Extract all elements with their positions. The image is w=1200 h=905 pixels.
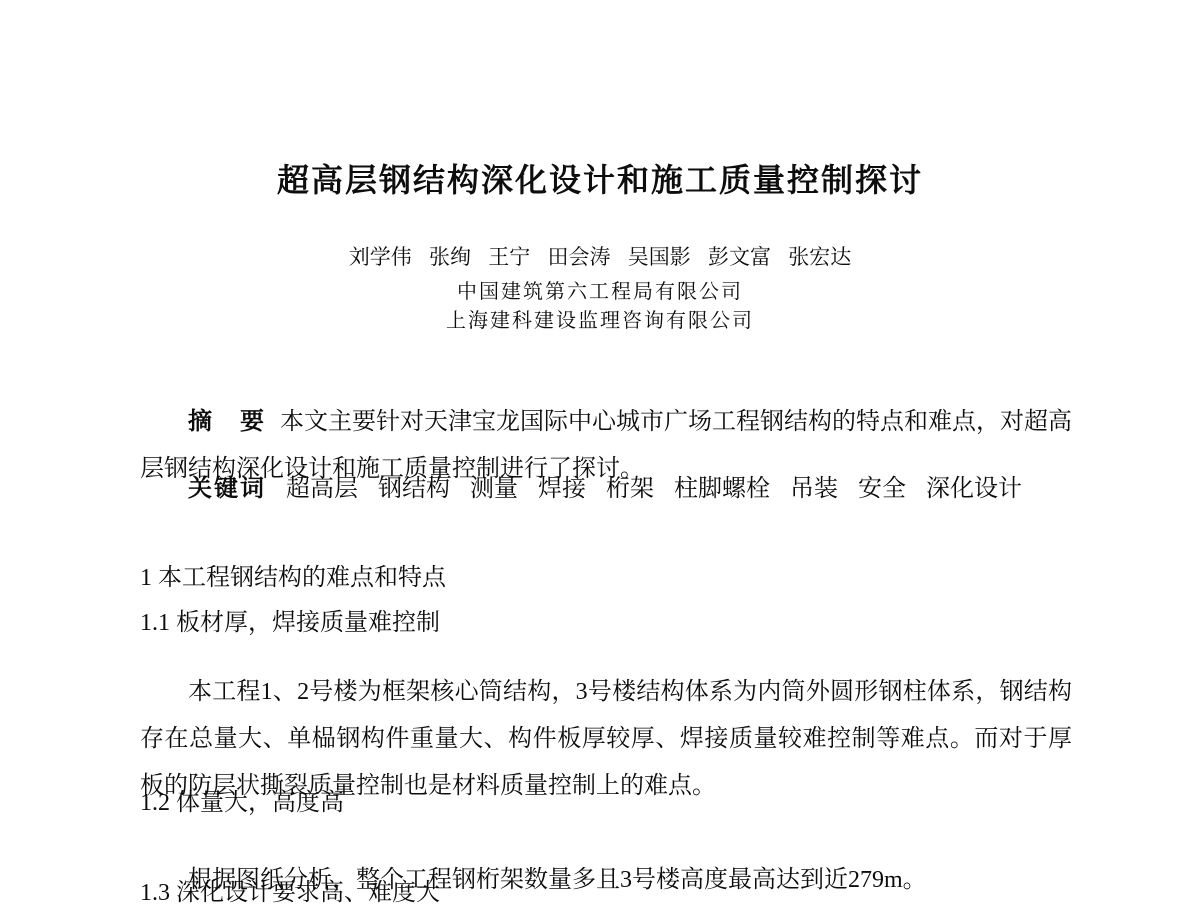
keywords-line: 关键词 超高层 钢结构 测量 焊接 桁架 柱脚螺栓 吊装 安全 深化设计 [140, 465, 1100, 513]
keyword-item: 桁架 [606, 476, 654, 502]
author-name: 田会涛 [548, 245, 611, 269]
author-name: 张绚 [429, 245, 471, 269]
authors-line: 刘学伟 张绚 王宁 田会涛 吴国影 彭文富 张宏达 [0, 243, 1200, 271]
section-1-1-heading: 1.1 板材厚，焊接质量难控制 [140, 607, 1100, 639]
affiliation-line-2: 上海建科建设监理咨询有限公司 [0, 307, 1200, 335]
keyword-item: 超高层 [286, 476, 358, 502]
keyword-item: 测量 [470, 476, 518, 502]
keyword-item: 焊接 [538, 476, 586, 502]
abstract-label: 摘 要 [188, 408, 266, 435]
document-page: 超高层钢结构深化设计和施工质量控制探讨 刘学伟 张绚 王宁 田会涛 吴国影 彭文… [0, 0, 1200, 905]
author-name: 张宏达 [788, 245, 851, 269]
section-1-heading: 1 本工程钢结构的难点和特点 [140, 562, 1100, 594]
author-name: 吴国影 [628, 245, 691, 269]
author-name: 彭文富 [708, 245, 771, 269]
section-1-2-heading: 1.2 体量大，高度高 [140, 787, 1100, 819]
page-title: 超高层钢结构深化设计和施工质量控制探讨 [0, 160, 1200, 200]
keyword-item: 安全 [858, 476, 906, 502]
keyword-item: 钢结构 [378, 476, 450, 502]
author-name: 刘学伟 [349, 245, 412, 269]
keyword-item: 深化设计 [926, 476, 1022, 502]
keyword-item: 吊装 [790, 476, 838, 502]
affiliation-line-1: 中国建筑第六工程局有限公司 [0, 278, 1200, 306]
keywords-label: 关键词 [188, 475, 266, 502]
keyword-item: 柱脚螺栓 [674, 476, 770, 502]
author-name: 王宁 [488, 245, 530, 269]
section-1-3-heading: 1.3 深化设计要求高、难度大 [140, 877, 1100, 905]
